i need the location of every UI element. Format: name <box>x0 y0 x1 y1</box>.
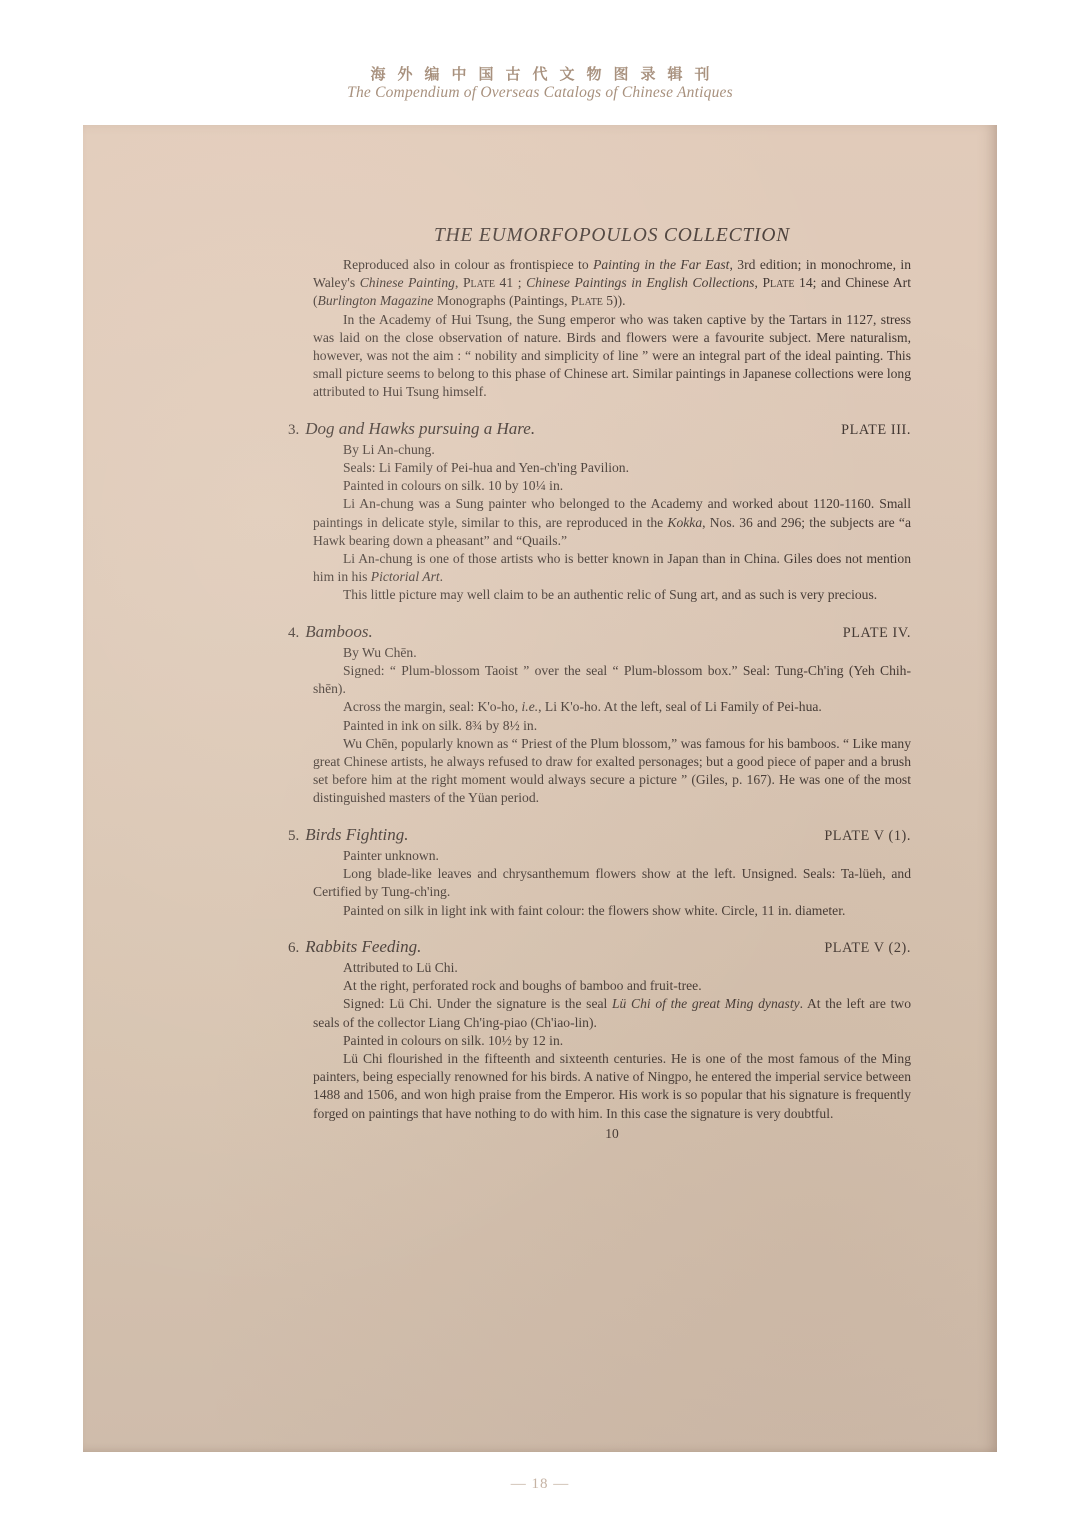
entry-heading-left: 3.Dog and Hawks pursuing a Hare. <box>288 420 535 439</box>
catalog-entries: 3.Dog and Hawks pursuing a Hare.PLATE II… <box>313 420 911 1123</box>
catalog-entry: 3.Dog and Hawks pursuing a Hare.PLATE II… <box>313 420 911 605</box>
entry-paragraph: Seals: Li Family of Pei-hua and Yen-ch'i… <box>313 459 911 477</box>
scanned-page: THE EUMORFOPOULOS COLLECTION Reproduced … <box>83 125 997 1452</box>
plate-reference: PLATE V (1). <box>824 827 911 845</box>
entry-paragraph: At the right, perforated rock and boughs… <box>313 977 911 995</box>
plate-reference: PLATE IV. <box>843 624 911 642</box>
intro-paragraph-1: Reproduced also in colour as frontispiec… <box>313 256 911 311</box>
entry-heading: 6.Rabbits Feeding.PLATE V (2). <box>288 938 911 957</box>
small-caps-text: Plate <box>762 275 794 290</box>
entry-paragraph: Painted in ink on silk. 8¾ by 8½ in. <box>313 717 911 735</box>
entry-number: 5. <box>288 827 299 845</box>
page-text-block: THE EUMORFOPOULOS COLLECTION Reproduced … <box>313 225 911 1143</box>
plate-reference: PLATE III. <box>841 421 911 439</box>
entry-paragraph: Wu Chēn, popularly known as “ Priest of … <box>313 735 911 808</box>
catalog-entry: 6.Rabbits Feeding.PLATE V (2).Attributed… <box>313 938 911 1123</box>
entry-paragraph: By Wu Chēn. <box>313 644 911 662</box>
entry-title: Bamboos. <box>305 623 373 641</box>
entry-heading: 3.Dog and Hawks pursuing a Hare.PLATE II… <box>288 420 911 439</box>
entry-paragraph: Across the margin, seal: K'o-ho, i.e., L… <box>313 698 911 716</box>
italic-text: Painting in the Far East <box>593 257 729 272</box>
entry-paragraph: This little picture may well claim to be… <box>313 586 911 604</box>
entry-title: Dog and Hawks pursuing a Hare. <box>305 420 535 438</box>
entry-paragraph: Li An-chung was a Sung painter who belon… <box>313 495 911 550</box>
italic-text: Chinese Paintings in English Collections <box>526 275 754 290</box>
italic-text: Lü Chi of the great Ming dynasty <box>612 996 800 1011</box>
entry-heading-left: 4.Bamboos. <box>288 623 373 642</box>
entry-paragraph: Li An-chung is one of those artists who … <box>313 550 911 586</box>
entry-paragraph: Painter unknown. <box>313 847 911 865</box>
entry-number: 4. <box>288 624 299 642</box>
italic-text: i.e. <box>522 699 539 714</box>
italic-text: Burlington Magazine <box>318 293 434 308</box>
entry-title: Birds Fighting. <box>305 826 408 844</box>
entry-heading-left: 5.Birds Fighting. <box>288 826 409 845</box>
entry-paragraph: Signed: “ Plum-blossom Taoist ” over the… <box>313 662 911 698</box>
small-caps-text: Plate <box>571 293 603 308</box>
entry-paragraph: By Li An-chung. <box>313 441 911 459</box>
entry-paragraph: Long blade-like leaves and chrysanthemum… <box>313 865 911 901</box>
entry-number: 6. <box>288 939 299 957</box>
entry-heading: 5.Birds Fighting.PLATE V (1). <box>288 826 911 845</box>
running-title: THE EUMORFOPOULOS COLLECTION <box>313 225 911 247</box>
entry-number: 3. <box>288 421 299 439</box>
entry-paragraph: Signed: Lü Chi. Under the signature is t… <box>313 995 911 1031</box>
italic-text: Kokka <box>667 515 702 530</box>
small-caps-text: Plate <box>463 275 495 290</box>
plate-reference: PLATE V (2). <box>824 939 911 957</box>
catalog-entry: 4.Bamboos.PLATE IV.By Wu Chēn.Signed: “ … <box>313 623 911 808</box>
entry-paragraph: Painted on silk in light ink with faint … <box>313 902 911 920</box>
publication-header: 海外编中国古代文物图录辑刊 The Compendium of Overseas… <box>0 64 1080 102</box>
italic-text: Pictorial Art <box>371 569 440 584</box>
english-series-title: The Compendium of Overseas Catalogs of C… <box>0 84 1080 102</box>
entry-paragraph: Lü Chi flourished in the fifteenth and s… <box>313 1050 911 1123</box>
entry-paragraph: Attributed to Lü Chi. <box>313 959 911 977</box>
entry-paragraph: Painted in colours on silk. 10 by 10¼ in… <box>313 477 911 495</box>
chinese-series-title: 海外编中国古代文物图录辑刊 <box>0 64 1080 84</box>
page-number: — 18 — <box>0 1476 1080 1493</box>
entry-heading-left: 6.Rabbits Feeding. <box>288 938 421 957</box>
intro-paragraph-2: In the Academy of Hui Tsung, the Sung em… <box>313 311 911 402</box>
italic-text: Chinese Painting <box>360 275 455 290</box>
original-folio-number: 10 <box>313 1125 911 1143</box>
entry-heading: 4.Bamboos.PLATE IV. <box>288 623 911 642</box>
entry-title: Rabbits Feeding. <box>305 938 421 956</box>
entry-paragraph: Painted in colours on silk. 10½ by 12 in… <box>313 1032 911 1050</box>
catalog-entry: 5.Birds Fighting.PLATE V (1).Painter unk… <box>313 826 911 920</box>
